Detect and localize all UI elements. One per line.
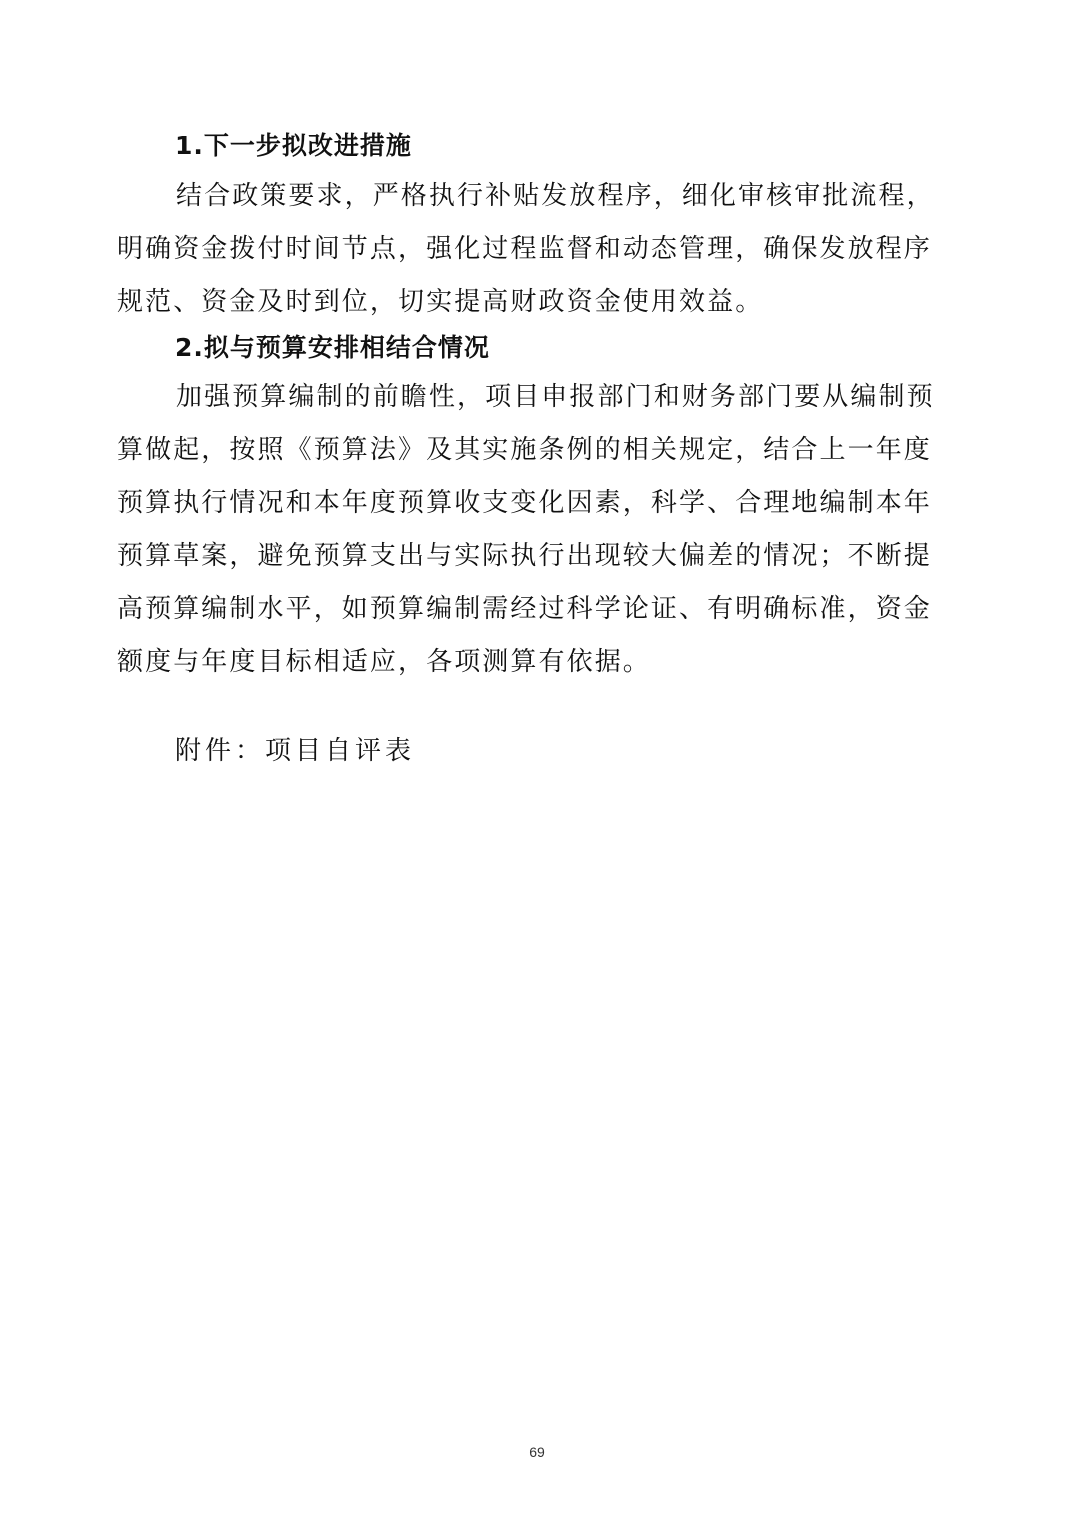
- section-heading-improvement-measures: 1.下一步拟改进措施: [175, 131, 412, 161]
- paragraph-line: 高预算编制水平，如预算编制需经过科学论证、有明确标准，资金: [117, 583, 962, 636]
- paragraph-line: 预算执行情况和本年度预算收支变化因素，科学、合理地编制本年: [117, 477, 962, 530]
- paragraph-line: 额度与年度目标相适应，各项测算有依据。: [117, 636, 962, 689]
- paragraph-budget-integration: 加强预算编制的前瞻性，项目申报部门和财务部门要从编制预 算做起，按照《预算法》及…: [117, 371, 962, 689]
- paragraph-line: 预算草案，避免预算支出与实际执行出现较大偏差的情况；不断提: [117, 530, 962, 583]
- paragraph-line: 加强预算编制的前瞻性，项目申报部门和财务部门要从编制预: [117, 371, 962, 424]
- attachment-note: 附件：项目自评表: [175, 733, 415, 769]
- paragraph-line: 结合政策要求，严格执行补贴发放程序，细化审核审批流程，: [117, 170, 962, 223]
- paragraph-line: 明确资金拨付时间节点，强化过程监督和动态管理，确保发放程序: [117, 223, 962, 276]
- paragraph-line: 规范、资金及时到位，切实提高财政资金使用效益。: [117, 276, 962, 329]
- paragraph-improvement-measures: 结合政策要求，严格执行补贴发放程序，细化审核审批流程， 明确资金拨付时间节点，强…: [117, 170, 962, 329]
- page-number: 69: [0, 1444, 1074, 1460]
- section-heading-budget-integration: 2.拟与预算安排相结合情况: [175, 333, 490, 363]
- document-page: 1.下一步拟改进措施 结合政策要求，严格执行补贴发放程序，细化审核审批流程， 明…: [0, 0, 1074, 1520]
- paragraph-line: 算做起，按照《预算法》及其实施条例的相关规定，结合上一年度: [117, 424, 962, 477]
